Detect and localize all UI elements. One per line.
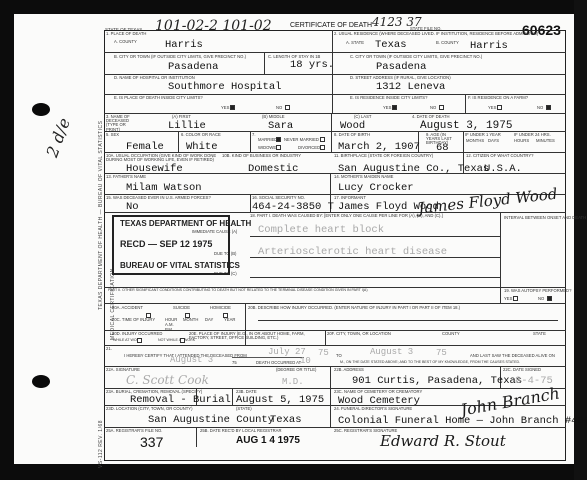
death-city: Pasadena bbox=[168, 62, 218, 73]
date-of-death: August 3, 1975 bbox=[420, 121, 512, 132]
business: Domestic bbox=[248, 164, 298, 175]
county-label: a. COUNTY bbox=[114, 40, 137, 44]
armed-forces: No bbox=[126, 202, 139, 213]
certifier-address: 901 Curtis, Pasadena, Texas bbox=[352, 376, 522, 387]
part2-label: PART II. OTHER SIGNIFICANT CONDITIONS CO… bbox=[108, 289, 368, 293]
death-county: Harris bbox=[165, 40, 203, 51]
death-inside-city-yes-checkbox[interactable] bbox=[230, 105, 235, 110]
hospital-label: d. NAME OF HOSPITAL OR INSTITUTION bbox=[114, 76, 195, 80]
father-name: Milam Watson bbox=[126, 183, 202, 194]
certifier-signature: C. Scott Cook bbox=[126, 373, 209, 387]
death-time: 10 bbox=[300, 357, 311, 366]
last-name: Wood bbox=[340, 121, 365, 132]
attended-to-year: 75 bbox=[436, 349, 447, 358]
name-label: 3. NAME OF DECEASED (Type or print) bbox=[106, 115, 136, 132]
res-state: Texas bbox=[375, 40, 407, 51]
disposition-date: August 5, 1975 bbox=[236, 395, 324, 406]
res-city: Pasadena bbox=[376, 62, 426, 73]
place-of-death-label: 1. PLACE OF DEATH bbox=[106, 32, 146, 36]
residence-label: 2. USUAL RESIDENCE (Where deceased lived… bbox=[334, 32, 538, 36]
street-label: d. STREET ADDRESS (If rural, give locati… bbox=[350, 76, 451, 80]
attended-to: August 3 bbox=[370, 348, 413, 357]
mother-maiden-name: Lucy Crocker bbox=[338, 183, 414, 194]
scan-edge bbox=[574, 0, 587, 480]
hospital: Southmore Hospital bbox=[168, 82, 281, 93]
received-stamp: TEXAS DEPARTMENT OF HEALTH RECD — SEP 12… bbox=[112, 215, 230, 275]
middle-name: Sara bbox=[268, 121, 293, 132]
date-of-death-label: 4. DATE OF DEATH bbox=[412, 115, 450, 119]
certifier-degree: M.D. bbox=[282, 378, 304, 387]
disposition-method: Removal - Burial bbox=[130, 395, 231, 406]
widowed-checkbox[interactable] bbox=[276, 145, 281, 150]
autopsy-no-checkbox[interactable] bbox=[547, 296, 552, 301]
length-of-stay: 18 yrs. bbox=[290, 60, 334, 71]
never-married-checkbox[interactable] bbox=[320, 137, 325, 142]
citizenship: U.S.A. bbox=[484, 164, 522, 175]
birthplace: San Augustine Co., Texas bbox=[338, 164, 489, 175]
immediate-cause: Complete heart block bbox=[258, 225, 384, 236]
registrar-signature: Edward R. Stout bbox=[380, 432, 506, 450]
street-address: 1312 Leneva bbox=[376, 82, 445, 93]
res-inside-city-label: e. IS RESIDENCE INSIDE CITY LIMITS? bbox=[350, 96, 427, 100]
burial-state: Texas bbox=[270, 415, 302, 426]
title: CERTIFICATE OF DEATH bbox=[290, 22, 372, 29]
burial-location: San Augustine County bbox=[148, 415, 274, 426]
age: 68 bbox=[436, 143, 449, 154]
city-label: b. CITY OR TOWN (If outside city limits,… bbox=[114, 55, 246, 59]
res-city-label: c. CITY OR TOWN (If outside city limits,… bbox=[350, 55, 482, 59]
married-checkbox[interactable] bbox=[276, 137, 281, 142]
cemetery: Wood Cemetery bbox=[338, 396, 420, 407]
res-inside-city-yes-checkbox[interactable] bbox=[392, 105, 397, 110]
part1-label: 18. PART I. DEATH WAS CAUSED BY: [Enter … bbox=[250, 214, 443, 218]
punch-hole-bottom bbox=[32, 375, 50, 388]
not-while-at-work-checkbox[interactable] bbox=[180, 338, 185, 343]
res-county: Harris bbox=[470, 41, 508, 52]
res-state-label: a. STATE bbox=[346, 41, 364, 45]
registrar-file-no: 337 bbox=[140, 435, 163, 449]
farm-no-checkbox[interactable] bbox=[546, 105, 551, 110]
ssn: 464-24-3850 T bbox=[252, 202, 334, 213]
sex: Female bbox=[126, 142, 164, 153]
farm-yes-checkbox[interactable] bbox=[497, 105, 502, 110]
due-to-b: Arteriosclerotic heart disease bbox=[258, 247, 447, 258]
punch-hole-top bbox=[32, 103, 50, 116]
first-name: Lillie bbox=[168, 121, 206, 132]
res-inside-city-no-checkbox[interactable] bbox=[439, 105, 444, 110]
date-of-birth: March 2, 1907 bbox=[338, 142, 420, 153]
race: White bbox=[186, 142, 218, 153]
autopsy-yes-checkbox[interactable] bbox=[513, 296, 518, 301]
attended-from-year: 75 bbox=[318, 349, 329, 358]
occupation: Housewife bbox=[126, 164, 183, 175]
while-at-work-checkbox[interactable] bbox=[137, 338, 142, 343]
farm-label: f. IS RESIDENCE ON A FARM? bbox=[468, 96, 528, 100]
res-county-label: b. COUNTY bbox=[436, 41, 459, 45]
death-inside-city-no-checkbox[interactable] bbox=[285, 105, 290, 110]
inside-city-label: e. IS PLACE OF DEATH INSIDE CITY LIMITS? bbox=[114, 96, 203, 100]
last-seen: August 3 bbox=[170, 356, 213, 365]
divorced-checkbox[interactable] bbox=[320, 145, 325, 150]
date-received: AUG 1 4 1975 bbox=[236, 436, 300, 446]
